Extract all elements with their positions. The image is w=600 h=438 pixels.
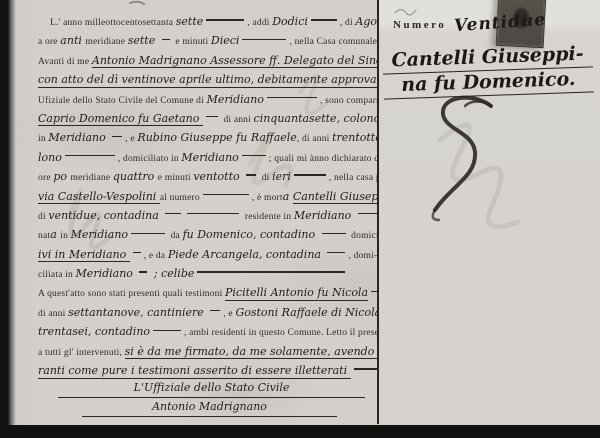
blank-line [197, 271, 345, 272]
form-line: ciliata in Meridiano ; celibe [14, 263, 377, 282]
form-line: lono, domiciliato in Meridiano; quali mi… [14, 147, 377, 166]
handwritten-text: Meridiano [48, 131, 109, 144]
handwritten-text: Meridiano [207, 93, 264, 106]
printed-text: di anni [221, 115, 254, 125]
printed-text: ; quali mi ànno dichiarato che a [269, 154, 377, 164]
form-line: Caprio Domenico fu Gaetano di anni cinqu… [14, 108, 377, 127]
handwritten-text: settantanove, cantiniere [68, 306, 207, 319]
printed-text: in [60, 231, 70, 241]
record-number: Numero Ventidue [393, 13, 546, 33]
handwritten-text: Piede Arcangela, contadina [168, 248, 325, 261]
blank-line [187, 213, 239, 214]
form-line: A quest'atto sono stati presenti quali t… [14, 282, 377, 301]
blank-line [133, 252, 141, 253]
handwritten-text: Picitelli Antonio fu Nicola [225, 286, 368, 301]
printed-text: meridiane [70, 173, 112, 183]
form-lines: L.' anno milleottocentosettanta sette, a… [14, 11, 377, 417]
printed-text: , addì [247, 18, 272, 28]
margin-divider-rule [377, 0, 379, 424]
handwritten-text: a [50, 228, 60, 241]
handwritten-text: Dodici [272, 15, 308, 28]
handwritten-text: ieri [272, 170, 291, 183]
printed-text: nat [38, 231, 50, 241]
handwritten-text: cinquantasette, colono [254, 112, 377, 125]
printed-text: da [168, 231, 183, 241]
form-line: di ventidue, contadina residente in Meri… [14, 205, 377, 224]
blank-line [206, 116, 218, 117]
printed-text: , e [125, 134, 137, 144]
handwritten-text: lono [38, 151, 62, 164]
handwritten-text: Meridiano [71, 228, 128, 241]
numero-label: Numero [393, 19, 446, 31]
scan-gutter-shadow [0, 0, 16, 438]
printed-text: ciliata in [38, 270, 76, 280]
blank-line [112, 136, 122, 137]
handwritten-text: po [53, 170, 70, 183]
printed-text: , sono comparsi [320, 96, 377, 106]
printed-text: al numero [160, 193, 200, 203]
handwritten-text: L'Uffiziale dello Stato Civile [134, 381, 290, 394]
printed-text: domiciliato in [349, 231, 377, 241]
form-line: Avanti di me Antonio Madrignano Assessor… [14, 50, 377, 69]
printed-text: e minuti [158, 173, 194, 183]
handwritten-text: sette [128, 34, 159, 47]
blank-line [371, 291, 377, 292]
printed-text: , di anni [297, 134, 332, 144]
printed-text: Ufiziale dello Stato Civile del Comune d… [38, 96, 207, 106]
form-line: con atto del dì ventinove aprile ultimo,… [14, 69, 377, 88]
printed-text: meridiane [85, 37, 127, 47]
form-line: ivi in Meridiano , e da Piede Arcangela,… [14, 244, 377, 263]
printed-text: ore [38, 173, 53, 183]
blank-line [210, 310, 220, 311]
handwritten-text: Agosto [355, 15, 377, 28]
printed-text: di anni [38, 309, 68, 319]
printed-text: , nella casa posta in [329, 173, 377, 183]
form-line: via Castello-Vespolini al numero, è mort… [14, 186, 377, 205]
printed-text: , di [340, 18, 356, 28]
printed-text: , domi- [348, 251, 377, 261]
printed-text: a tutti gl' intervenuti, [38, 348, 125, 358]
blank-line [242, 39, 286, 40]
scan-bottom-edge [0, 425, 600, 438]
blank-line [322, 233, 346, 234]
handwritten-text: Dieci [211, 34, 240, 47]
handwritten-text: Antonio Madrignano [152, 400, 267, 413]
handwritten-text: Meridiano [181, 151, 238, 164]
handwritten-text: via Castello-Vespolini [38, 190, 160, 205]
handwritten-text: si è da me firmato, da me solamente, ave… [125, 345, 377, 360]
printed-text: , è mort [252, 193, 283, 203]
handwritten-text: a [283, 190, 293, 203]
handwritten-text: ventotto [193, 170, 243, 183]
blank-line [131, 233, 165, 234]
blank-line [153, 330, 181, 331]
handwritten-text: fu Domenico, contadino [183, 228, 319, 241]
printed-text: residente in [242, 212, 294, 222]
printed-text: A quest'atto sono stati presenti quali t… [38, 289, 225, 299]
deceased-name-heading: Cantelli Giuseppi- na fu Domenico. [382, 42, 594, 99]
blank-line [203, 194, 249, 195]
form-line: ore po meridiane quattro e minuti ventot… [14, 166, 377, 185]
handwritten-text: Antonio Madrignano Assessore ff. Delegat… [92, 54, 377, 69]
handwritten-text: trentasei, contadino [38, 325, 150, 338]
blank-line [165, 213, 181, 214]
ink-flourish-icon [413, 92, 533, 232]
handwritten-text: ivi in Meridiano [38, 248, 130, 263]
printed-text: , e [223, 309, 235, 319]
handwritten-text: trentotto, co- [332, 131, 377, 144]
printed-text: di [259, 173, 272, 183]
blank-line [206, 19, 244, 20]
handwritten-text: sette [176, 15, 204, 28]
printed-text: L.' anno milleottocentosettanta [50, 18, 176, 28]
blank-line [162, 39, 170, 40]
blank-line [267, 97, 317, 98]
scanned-death-record: L.' anno milleottocentosettanta sette, a… [0, 0, 600, 438]
handwritten-text: Cantelli Giuseppina [293, 190, 377, 205]
form-line: nata in Meridiano da fu Domenico, contad… [14, 224, 377, 243]
printed-text: Avanti di me [38, 57, 92, 67]
handwritten-text: Meridiano [76, 267, 137, 280]
margin-column: Numero Ventidue Cantelli Giuseppi- na fu… [379, 0, 600, 424]
printed-text: di [38, 212, 48, 222]
form-line: Antonio Madrignano [82, 398, 337, 417]
printed-text: , nella Casa comunale. [289, 37, 377, 47]
handwritten-text: ventidue, contadina [48, 209, 162, 222]
handwritten-text: ; celibe [150, 267, 194, 280]
form-line: in Meridiano , e Rubino Giuseppe fu Raff… [14, 127, 377, 146]
blank-line [327, 252, 345, 253]
handwritten-text: anti [60, 34, 85, 47]
printed-text: , ambi residenti in questo Comune. Letto… [184, 328, 377, 338]
printed-text: , e da [144, 251, 168, 261]
blank-line [311, 19, 337, 20]
form-line: Ufiziale dello Stato Civile del Comune d… [14, 89, 377, 108]
blank-line [294, 174, 326, 175]
form-line: a tutti gl' intervenuti, si è da me firm… [14, 341, 377, 360]
blank-line [65, 155, 115, 156]
blank-line [139, 271, 147, 272]
blank-line [242, 155, 266, 156]
form-line: L'Uffiziale dello Stato Civile [58, 379, 365, 398]
form-line: trentasei, contadino, ambi residenti in … [14, 321, 377, 340]
form-line: di anni settantanove, cantiniere , e Gos… [14, 302, 377, 321]
handwritten-text: quattro [113, 170, 158, 183]
form-line: ranti come pure i testimoni asserito di … [14, 360, 377, 379]
handwritten-text: Gostoni Raffaele di Nicola [235, 306, 377, 319]
handwritten-text: Rubino Giuseppe fu Raffaele [137, 131, 296, 144]
form-line: L.' anno milleottocentosettanta sette, a… [14, 11, 377, 30]
blank-line [354, 368, 377, 369]
blank-line [246, 174, 256, 175]
printed-text: , domiciliato in [118, 154, 182, 164]
blank-line [358, 213, 377, 214]
handwritten-text: con atto del dì ventinove aprile ultimo,… [38, 73, 377, 88]
handwritten-text: ranti come pure i testimoni asserito di … [38, 364, 351, 379]
handwritten-text: Caprio Domenico fu Gaetano [38, 112, 203, 127]
numero-value: Ventidue [454, 10, 547, 36]
printed-text: in [38, 134, 48, 144]
printed-text: e minuti [173, 37, 211, 47]
form-line: a ore anti meridiane sette e minuti Diec… [14, 30, 377, 49]
handwritten-text: Meridiano [294, 209, 355, 222]
printed-text: a ore [38, 37, 60, 47]
